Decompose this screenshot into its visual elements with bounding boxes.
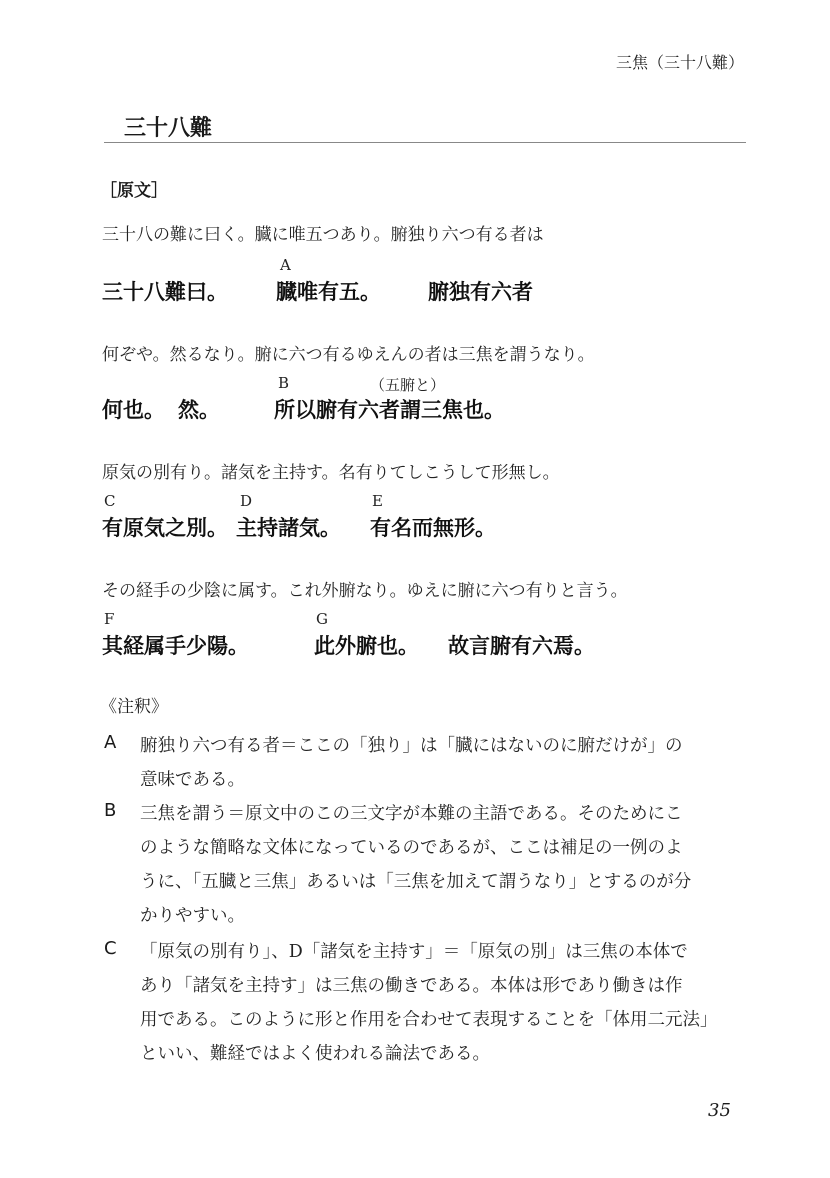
kanbun-segment: 何也。 — [102, 394, 165, 424]
note-letter-c: C — [104, 938, 117, 959]
note-b-line: かりやすい。 — [140, 902, 245, 927]
running-head: 三焦（三十八難） — [616, 50, 744, 73]
note-c-line: 用である。このように形と作用を合わせて表現することを「体用二元法」 — [140, 1006, 718, 1031]
note-letter-a: A — [104, 732, 116, 753]
gloss-annotation: （五腑と） — [370, 374, 445, 395]
note-letter-b: B — [104, 800, 116, 821]
kanbun-segment: 主持諸気。 — [236, 512, 341, 542]
kanbun-segment: 故言腑有六焉。 — [448, 630, 595, 660]
note-b-line: うに、「五臓と三焦」あるいは「三焦を加えて謂うなり」とするのが分 — [140, 868, 691, 893]
note-c-line: あり「諸気を主持す」は三焦の働きである。本体は形であり働きは作 — [140, 972, 683, 997]
marker-d: D — [240, 492, 252, 510]
kanbun-segment: 此外腑也。 — [314, 630, 419, 660]
note-c-line: 「原気の別有り」、D「諸気を主持す」＝「原気の別」は三焦の本体で — [140, 938, 688, 963]
notes-label: 《注釈》 — [100, 692, 168, 717]
kanbun-segment: 腑独有六者 — [428, 276, 533, 306]
marker-a: A — [280, 256, 291, 274]
reading-line-4: その経手の少陰に属す。これ外腑なり。ゆえに腑に六つ有りと言う。 — [102, 576, 628, 601]
page-number: 35 — [708, 1100, 731, 1121]
original-text-label: ［原文］ — [100, 176, 168, 201]
kanbun-segment: 臓唯有五。 — [276, 276, 381, 306]
note-b-line: のような簡略な文体になっているのであるが、ここは補足の一例のよ — [140, 834, 683, 859]
marker-e: E — [372, 492, 383, 510]
reading-line-3: 原気の別有り。諸気を主持す。名有りてしこうして形無し。 — [102, 458, 560, 483]
chapter-title: 三十八難 — [124, 111, 212, 142]
reading-line-2: 何ぞや。然るなり。腑に六つ有るゆえんの者は三焦を謂うなり。 — [102, 340, 595, 365]
note-a-line: 意味である。 — [140, 766, 245, 791]
note-c-line: といい、難経ではよく使われる論法である。 — [140, 1040, 490, 1065]
note-b-line: 三焦を謂う＝原文中のこの三文字が本難の主語である。そのためにこ — [140, 800, 683, 825]
kanbun-segment: 三十八難曰。 — [102, 276, 228, 306]
marker-f: F — [104, 610, 114, 628]
kanbun-segment: 其経属手少陽。 — [102, 630, 249, 660]
marker-b: B — [278, 374, 289, 392]
marker-c: C — [104, 492, 115, 510]
marker-g: G — [316, 610, 328, 628]
reading-line-1: 三十八の難に曰く。臓に唯五つあり。腑独り六つ有る者は — [102, 220, 544, 245]
kanbun-segment: 有名而無形。 — [370, 512, 496, 542]
note-a-line: 腑独り六つ有る者＝ここの「独り」は「臓にはないのに腑だけが」の — [140, 732, 683, 757]
kanbun-segment: 然。 — [178, 394, 220, 424]
kanbun-segment: 有原気之別。 — [102, 512, 228, 542]
title-rule — [104, 142, 746, 143]
kanbun-segment: 所以腑有六者謂三焦也。 — [274, 394, 505, 424]
